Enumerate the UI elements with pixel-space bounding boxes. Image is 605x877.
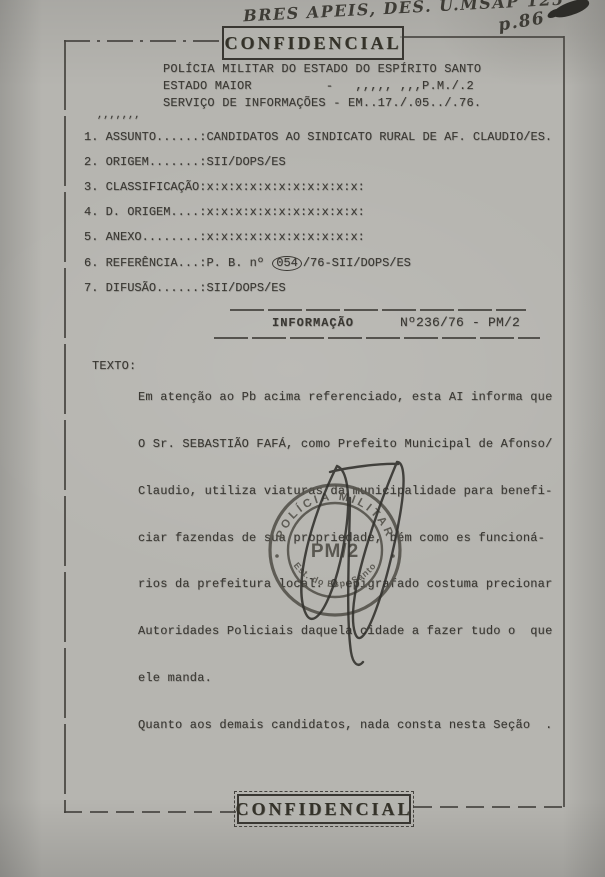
field-label: ANEXO........:: [106, 230, 207, 244]
confidencial-stamp-top-label: CONFIDENCIAL: [224, 33, 401, 54]
page-number-annotation: p.86: [497, 8, 547, 35]
field-row-classificacao: 3. CLASSIFICAÇÃO:x:x:x:x:x:x:x:x:x:x:x:: [84, 180, 365, 194]
texto-line: Em atenção ao Pb acima referenciado, est…: [138, 390, 552, 406]
scanned-document-page: BRES APEIS, DES. U.MSAP 125 p.86 CONFIDE…: [0, 0, 605, 877]
texto-line: Autoridades Policiais daquela cidade a f…: [138, 624, 552, 640]
info-bar-line-bottom: [214, 337, 540, 339]
svg-text:POLÍCIA MILITAR: POLÍCIA MILITAR: [274, 491, 395, 541]
texto-line: ele manda.: [138, 671, 552, 687]
field-number: 7.: [84, 281, 98, 295]
round-stamp: POLÍCIA MILITAR Est. do Esp. Santo PM/2: [265, 480, 405, 620]
confidencial-stamp-bottom-label: CONFIDENCIAL: [236, 799, 413, 820]
document-frame-left: [64, 40, 66, 813]
org-line-2: ESTADO MAIOR - ,,,,, ,,,P.M./.2: [163, 79, 474, 93]
field-number: 1.: [84, 130, 98, 144]
field-row-d-origem: 4. D. ORIGEM....:x:x:x:x:x:x:x:x:x:x:x:: [84, 205, 365, 219]
org-line-1: POLÍCIA MILITAR DO ESTADO DO ESPÍRITO SA…: [163, 62, 481, 76]
field-label: CLASSIFICAÇÃO:: [106, 180, 207, 194]
document-frame-top-left: [64, 40, 224, 42]
typewriter-artifact: ,,,,,,,: [97, 110, 140, 121]
field-label: DIFUSÃO......:: [106, 281, 207, 295]
texto-line: O Sr. SEBASTIÃO FAFÁ, como Prefeito Muni…: [138, 437, 552, 453]
field-number: 2.: [84, 155, 98, 169]
field-label: ORIGEM.......:: [106, 155, 207, 169]
stamp-dot-left: [275, 554, 279, 558]
confidencial-stamp-top: CONFIDENCIAL: [222, 26, 404, 60]
circled-number: 054: [272, 256, 302, 271]
field-value: x:x:x:x:x:x:x:x:x:x:x:: [206, 230, 364, 244]
info-title: INFORMAÇÃO: [272, 316, 354, 330]
document-frame-bottom-right: [414, 806, 564, 808]
texto-line: Quanto aos demais candidatos, nada const…: [138, 718, 552, 734]
field-number: 6.: [84, 256, 98, 270]
info-bar-line-top: [230, 309, 526, 311]
document-frame-top-right: [400, 36, 564, 38]
confidencial-stamp-bottom: CONFIDENCIAL: [234, 791, 414, 827]
field-value: CANDIDATOS AO SINDICATO RURAL DE AF. CLA…: [206, 130, 552, 144]
field-number: 5.: [84, 230, 98, 244]
field-value-post: /76-SII/DOPS/ES: [303, 256, 411, 270]
field-row-referencia: 6. REFERÊNCIA...:P. B. nº 054/76-SII/DOP…: [84, 256, 411, 271]
field-value: x:x:x:x:x:x:x:x:x:x:x:: [206, 180, 364, 194]
field-value: x:x:x:x:x:x:x:x:x:x:x:: [206, 205, 364, 219]
stamp-top-arc-text: POLÍCIA MILITAR: [274, 491, 395, 541]
field-value: P. B. nº: [206, 256, 271, 270]
stamp-dot-right: [391, 554, 395, 558]
texto-label: TEXTO:: [92, 359, 136, 373]
document-frame-right: [563, 36, 565, 807]
field-row-origem: 2. ORIGEM.......:SII/DOPS/ES: [84, 155, 286, 169]
field-label: REFERÊNCIA...:: [106, 256, 207, 270]
document-frame-bottom-left: [64, 811, 236, 813]
field-row-difusao: 7. DIFUSÃO......:SII/DOPS/ES: [84, 281, 286, 295]
field-value: SII/DOPS/ES: [206, 155, 285, 169]
field-value: SII/DOPS/ES: [206, 281, 285, 295]
field-row-assunto: 1. ASSUNTO......:CANDIDATOS AO SINDICATO…: [84, 130, 552, 144]
field-label: ASSUNTO......:: [106, 130, 207, 144]
org-line-3: SERVIÇO DE INFORMAÇÕES - EM..17./.05../.…: [163, 96, 481, 110]
field-row-anexo: 5. ANEXO........:x:x:x:x:x:x:x:x:x:x:x:: [84, 230, 365, 244]
field-number: 3.: [84, 180, 98, 194]
field-label: D. ORIGEM....:: [106, 205, 207, 219]
info-number: Nº236/76 - PM/2: [400, 315, 520, 330]
field-number: 4.: [84, 205, 98, 219]
stamp-center-text: PM/2: [311, 541, 359, 562]
